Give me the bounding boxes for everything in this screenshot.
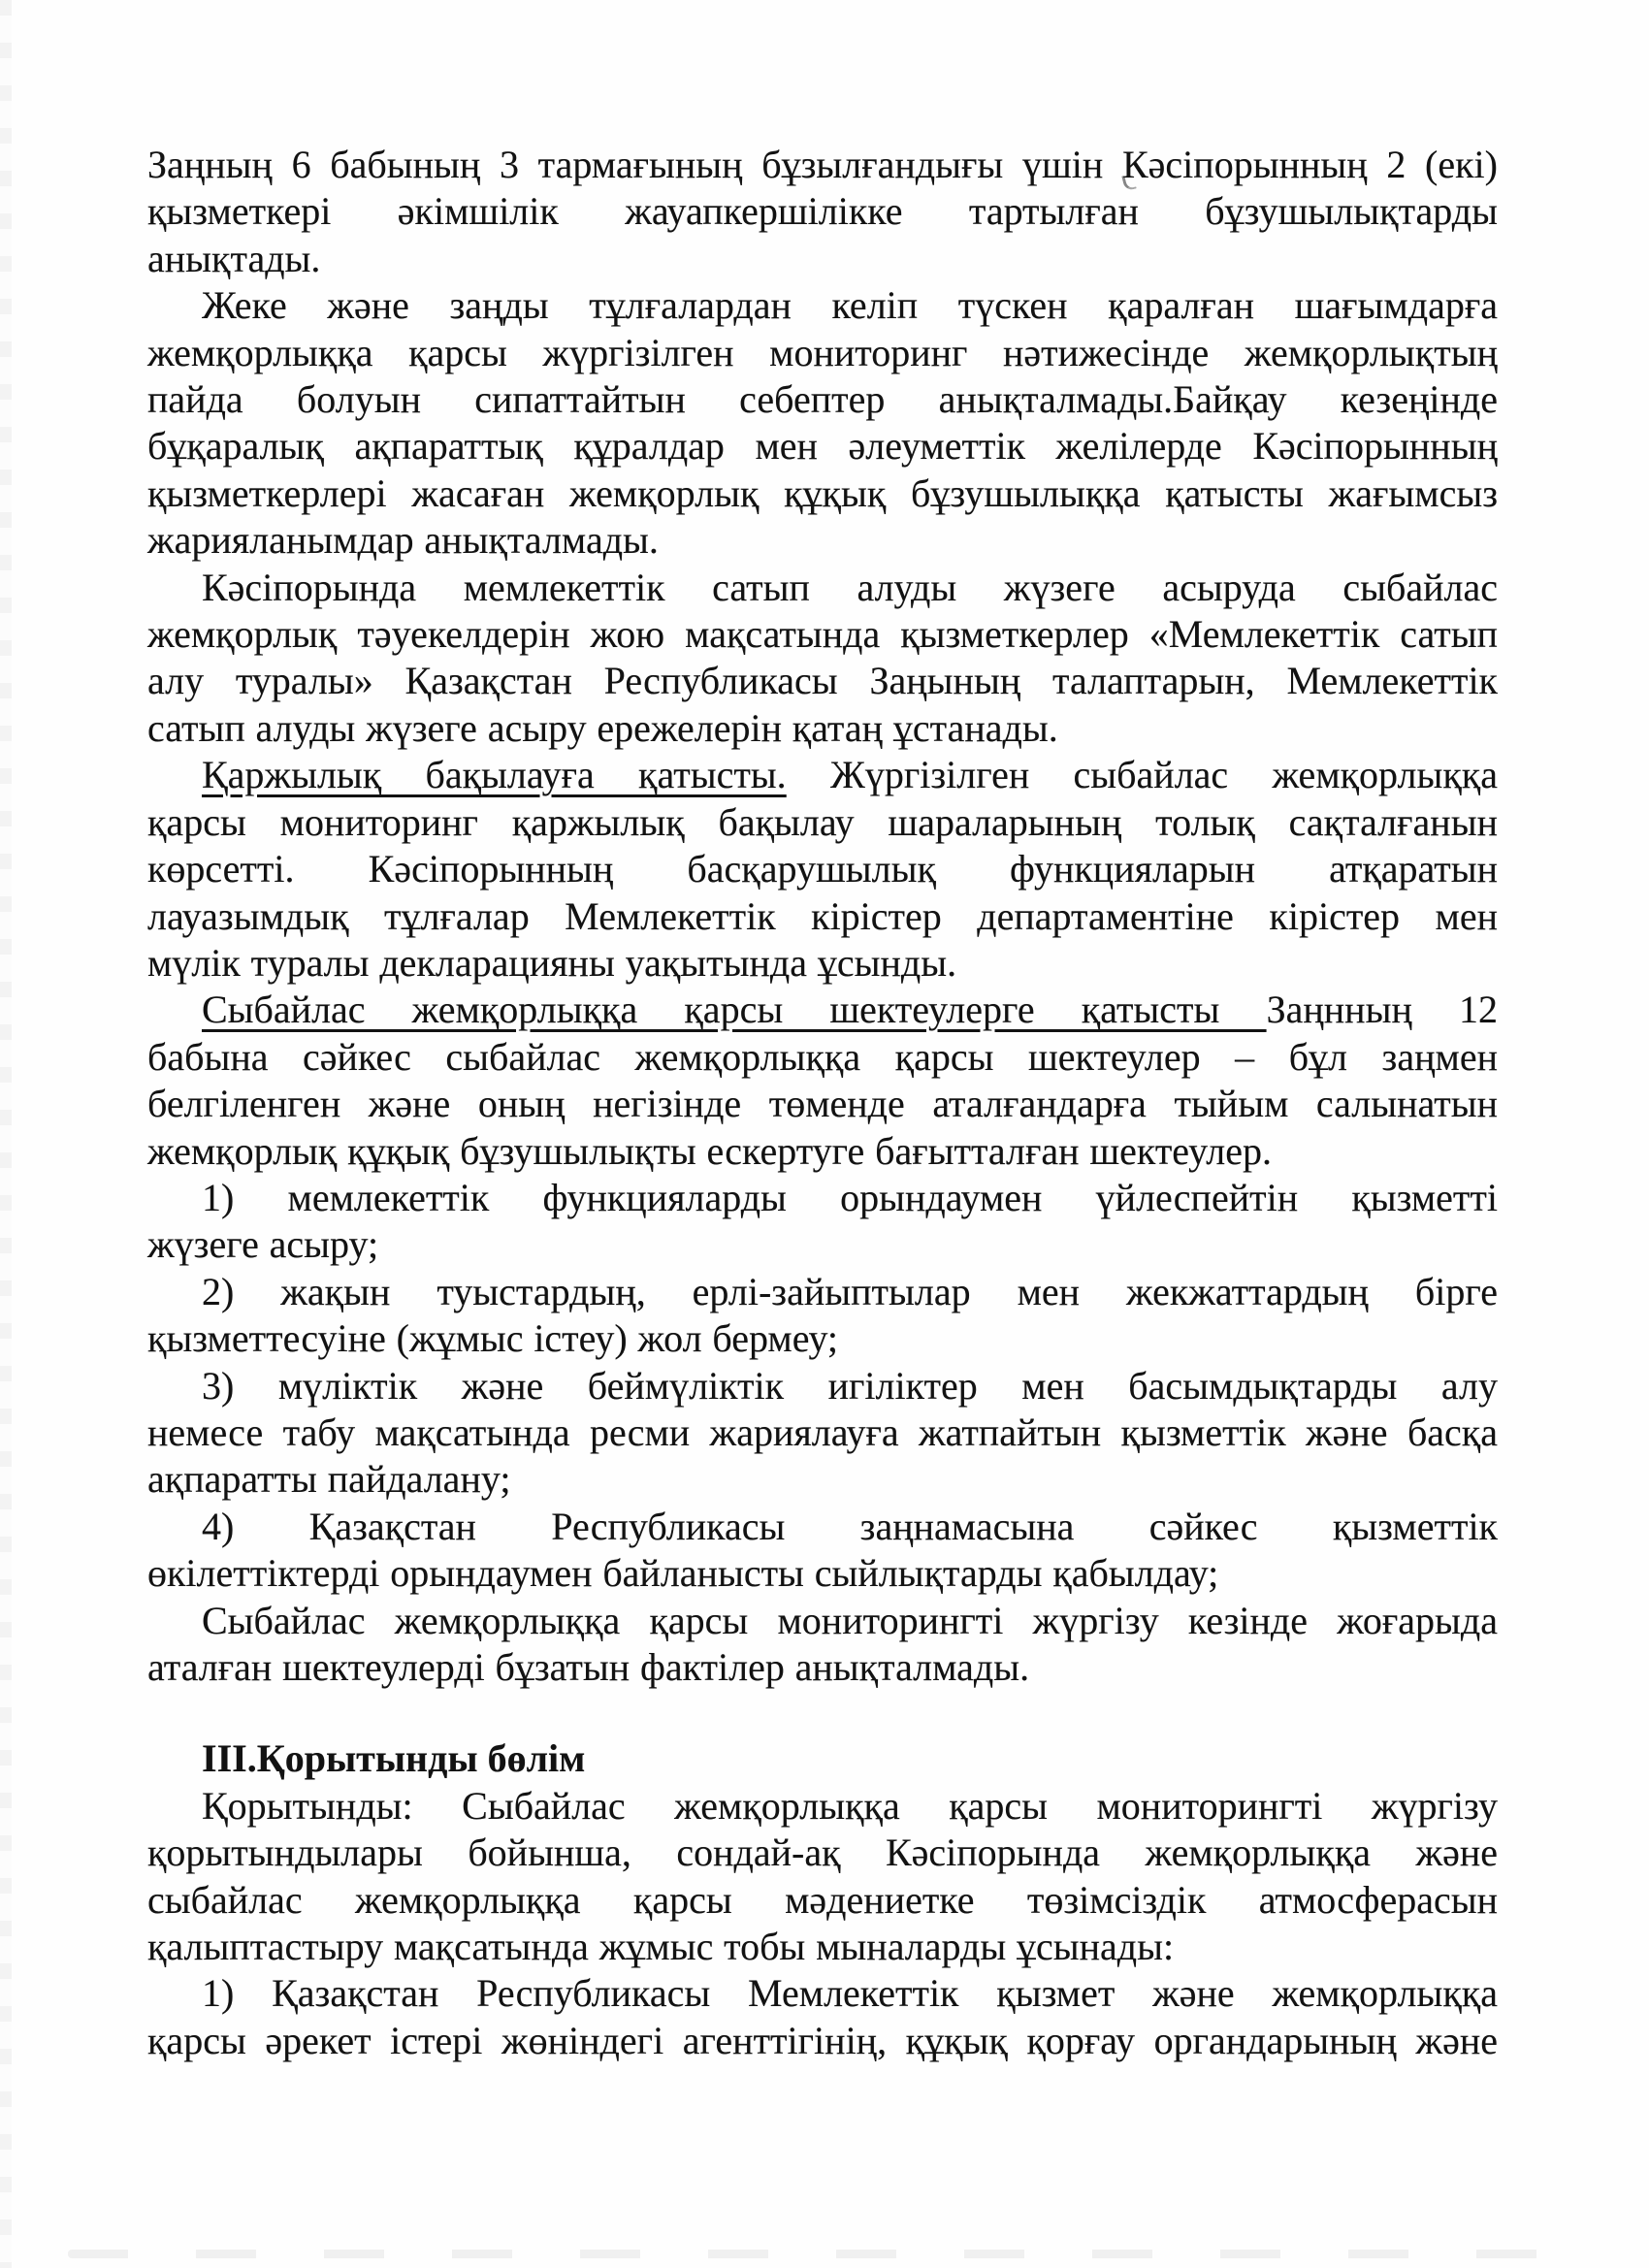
underlined-lead-restrictions: Сыбайлас жемқорлыққа қарсы шектеулерге қ… bbox=[202, 988, 1267, 1031]
paragraph-financial-control: Қаржылық бақылауға қатысты. Жүргізілген … bbox=[147, 752, 1498, 987]
text-line: қызметкері әкімшілік жауапкершілікке тар… bbox=[147, 188, 1498, 235]
text-line: белгіленген және оның негізінде төменде … bbox=[147, 1081, 1498, 1127]
text-line: Жеке және заңды тұлғалардан келіп түскен… bbox=[147, 282, 1498, 329]
text-line: қызметкерлері жасаған жемқорлық құқық бұ… bbox=[147, 470, 1498, 517]
text-line: лауазымдық тұлғалар Мемлекеттік кірістер… bbox=[147, 893, 1498, 940]
text-line: 3) мүліктік және беймүліктік игіліктер м… bbox=[147, 1363, 1498, 1409]
text-line: қарсы әрекет істері жөніндегі агенттігін… bbox=[147, 2018, 1498, 2064]
text-line: бұқаралық ақпараттық құралдар мен әлеуме… bbox=[147, 423, 1498, 470]
paragraph-conclusion: Қорытынды: Сыбайлас жемқорлыққа қарсы мо… bbox=[147, 1783, 1498, 1971]
paragraph-complaints-monitoring: Жеке және заңды тұлғалардан келіп түскен… bbox=[147, 282, 1498, 564]
text-line: мүлік туралы декларацияны уақытында ұсын… bbox=[147, 940, 1498, 987]
text-line: аталған шектеулерді бұзатын фактілер аны… bbox=[147, 1644, 1498, 1691]
scanned-page: Заңның 6 бабының 3 тармағының бұзылғанды… bbox=[0, 0, 1649, 2268]
list-item-final-1: 1) Қазақстан Республикасы Мемлекеттік қы… bbox=[147, 1970, 1498, 2064]
document-text: Заңның 6 бабының 3 тармағының бұзылғанды… bbox=[147, 142, 1498, 2064]
list-item-2: 2) жақын туыстардың, ерлі-зайыптылар мен… bbox=[147, 1269, 1498, 1363]
scan-edge-artifact-bottom bbox=[68, 2250, 1581, 2258]
text-line: 2) жақын туыстардың, ерлі-зайыптылар мен… bbox=[147, 1269, 1498, 1315]
text-line: сатып алуды жүзеге асыру ережелерін қата… bbox=[147, 705, 1498, 752]
text-line: жемқорлыққа қарсы жүргізілген мониторинг… bbox=[147, 330, 1498, 376]
text-line: 1) Қазақстан Республикасы Мемлекеттік қы… bbox=[147, 1970, 1498, 2017]
list-item-4: 4) Қазақстан Республикасы заңнамасына сә… bbox=[147, 1504, 1498, 1598]
list-item-3: 3) мүліктік және беймүліктік игіліктер м… bbox=[147, 1363, 1498, 1504]
scan-edge-artifact-left bbox=[0, 0, 12, 2268]
lead-rest: Жүргізілген сыбайлас жемқорлыққа bbox=[787, 753, 1498, 796]
text-line: Сыбайлас жемқорлыққа қарсы мониторингті … bbox=[147, 1598, 1498, 1644]
text-line: алу туралы» Қазақстан Республикасы Заңын… bbox=[147, 658, 1498, 704]
text-line: жүзеге асыру; bbox=[147, 1221, 1498, 1268]
text-line: 1) мемлекеттік функцияларды орындаумен ү… bbox=[147, 1175, 1498, 1221]
lead-rest: Заңнның 12 bbox=[1267, 988, 1498, 1031]
section-heading: III.Қорытынды бөлім bbox=[147, 1735, 1498, 1782]
text-line: ақпаратты пайдалану; bbox=[147, 1456, 1498, 1503]
text-line: 4) Қазақстан Республикасы заңнамасына сә… bbox=[147, 1504, 1498, 1550]
paragraph-no-violations: Сыбайлас жемқорлыққа қарсы мониторингті … bbox=[147, 1598, 1498, 1692]
text-line: Заңның 6 бабының 3 тармағының бұзылғанды… bbox=[147, 142, 1498, 188]
underlined-lead-financial-control: Қаржылық бақылауға қатысты. bbox=[202, 753, 787, 796]
text-line: қалыптастыру мақсатында жұмыс тобы мынал… bbox=[147, 1924, 1498, 1970]
text-line: өкілеттіктерді орындаумен байланысты сый… bbox=[147, 1550, 1498, 1597]
text-line: қызметтесуіне (жұмыс істеу) жол бермеу; bbox=[147, 1315, 1498, 1362]
text-line: анықтады. bbox=[147, 236, 1498, 282]
paragraph-continuation: Заңның 6 бабының 3 тармағының бұзылғанды… bbox=[147, 142, 1498, 282]
text-line: жемқорлық тәуекелдерін жою мақсатында қы… bbox=[147, 611, 1498, 658]
text-line: жарияланымдар анықталмады. bbox=[147, 517, 1498, 564]
text-line: Сыбайлас жемқорлыққа қарсы шектеулерге қ… bbox=[147, 987, 1498, 1033]
text-line: Кәсіпорында мемлекеттік сатып алуды жүзе… bbox=[147, 565, 1498, 611]
text-line: Қаржылық бақылауға қатысты. Жүргізілген … bbox=[147, 752, 1498, 798]
text-line: Қорытынды: Сыбайлас жемқорлыққа қарсы мо… bbox=[147, 1783, 1498, 1830]
text-line: немесе табу мақсатында ресми жариялауға … bbox=[147, 1409, 1498, 1456]
text-line: сыбайлас жемқорлыққа қарсы мәдениетке тө… bbox=[147, 1877, 1498, 1924]
text-line: қарсы мониторинг қаржылық бақылау шарала… bbox=[147, 799, 1498, 846]
paragraph-anticorruption-restrictions: Сыбайлас жемқорлыққа қарсы шектеулерге қ… bbox=[147, 987, 1498, 1175]
paragraph-public-procurement: Кәсіпорында мемлекеттік сатып алуды жүзе… bbox=[147, 565, 1498, 753]
text-line: бабына сәйкес сыбайлас жемқорлыққа қарсы… bbox=[147, 1034, 1498, 1081]
text-line: жемқорлық құқық бұзушылықты ескертуге ба… bbox=[147, 1128, 1498, 1175]
text-line: пайда болуын сипаттайтын себептер анықта… bbox=[147, 376, 1498, 423]
list-item-1: 1) мемлекеттік функцияларды орындаумен ү… bbox=[147, 1175, 1498, 1269]
text-line: көрсетті. Кәсіпорынның басқарушылық функ… bbox=[147, 846, 1498, 892]
text-line: қорытындылары бойынша, сондай-ақ Кәсіпор… bbox=[147, 1830, 1498, 1876]
